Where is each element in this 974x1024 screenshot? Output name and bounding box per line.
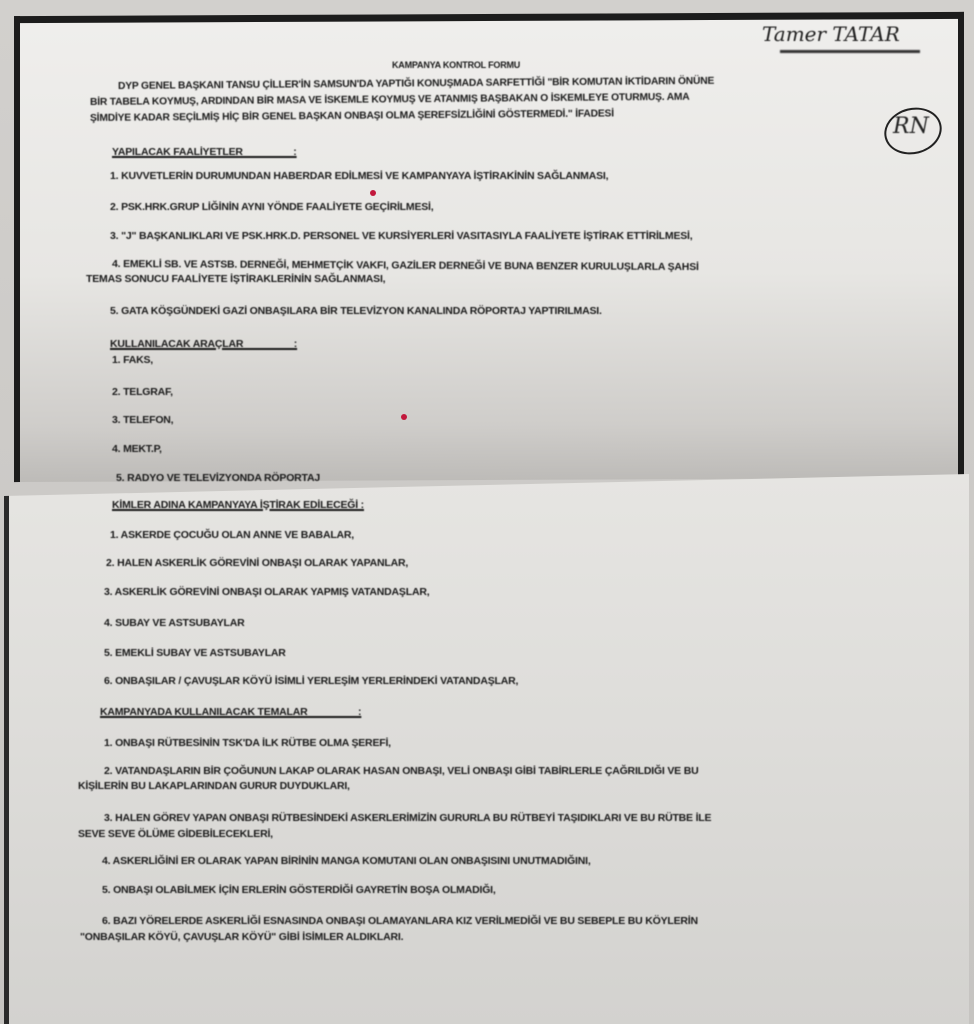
activity-item: 1. KUVVETLERİN DURUMUNDAN HABERDAR EDİLM…: [110, 170, 608, 182]
activity-item: 2. PSK.HRK.GRUP LİĞİNİN AYNI YÖNDE FAALİ…: [110, 201, 434, 213]
red-mark: [370, 190, 376, 196]
theme-item: 6. BAZI YÖRELERDE ASKERLİĞİ ESNASINDA ON…: [102, 915, 698, 927]
theme-item-continued: "ONBAŞILAR KÖYÜ, ÇAVUŞLAR KÖYÜ" GİBİ İSİ…: [80, 931, 403, 943]
document-title: KAMPANYA KONTROL FORMU: [392, 60, 520, 70]
participant-item: 2. HALEN ASKERLİK GÖREVİNİ ONBAŞI OLARAK…: [106, 557, 408, 569]
theme-item-continued: KİŞİLERİN BU LAKAPLARINDAN GURUR DUYDUKL…: [78, 780, 350, 792]
theme-item: 3. HALEN GÖREV YAPAN ONBAŞI RÜTBESİNDEKİ…: [104, 812, 711, 824]
intro-line: ŞİMDİYE KADAR SEÇİLMİŞ HİÇ BİR GENEL BAŞ…: [90, 107, 614, 124]
section-heading-tools: KULLANILACAK ARAÇLAR ________ :: [110, 338, 297, 350]
tool-item: 4. MEKT.P,: [112, 443, 162, 455]
participant-item: 1. ASKERDE ÇOCUĞU OLAN ANNE VE BABALAR,: [110, 529, 354, 541]
tool-item: 1. FAKS,: [112, 354, 153, 366]
activity-item-continued: TEMAS SONUCU FAALİYETE İŞTİRAKLERİNİN SA…: [86, 273, 385, 285]
handwritten-name: Tamer TATAR: [762, 22, 900, 46]
theme-item: 5. ONBAŞI OLABİLMEK İÇİN ERLERİN GÖSTERD…: [102, 884, 496, 896]
intro-line: DYP GENEL BAŞKANI TANSU ÇİLLER'İN SAMSUN…: [118, 75, 714, 92]
theme-item: 2. VATANDAŞLARIN BİR ÇOĞUNUN LAKAP OLARA…: [104, 765, 698, 777]
handwritten-initials: RN: [893, 114, 929, 139]
red-mark: [401, 414, 407, 420]
activity-item: 4. EMEKLİ SB. VE ASTSB. DERNEĞİ, MEHMETÇ…: [112, 258, 699, 273]
section-heading-activities: YAPILACAK FAALİYETLER ________ :: [112, 146, 297, 158]
theme-item-continued: SEVE SEVE ÖLÜME GİDEBİLECEKLERİ,: [78, 828, 273, 840]
tool-item: 5. RADYO VE TELEVİZYONDA RÖPORTAJ: [116, 472, 320, 484]
tool-item: 3. TELEFON,: [112, 414, 173, 426]
handwritten-underline: [780, 50, 920, 53]
intro-line: BİR TABELA KOYMUŞ, ARDINDAN BİR MASA VE …: [90, 91, 690, 108]
activity-item: 5. GATA KÖŞGÜNDEKİ GAZİ ONBAŞILARA BİR T…: [110, 305, 602, 317]
photo-background: Tamer TATAR RN KAMPANYA KONTROL FORMU DY…: [0, 0, 974, 1024]
participant-item: 4. SUBAY VE ASTSUBAYLAR: [104, 617, 245, 629]
participant-item: 6. ONBAŞILAR / ÇAVUŞLAR KÖYÜ İSİMLİ YERL…: [104, 675, 518, 687]
theme-item: 1. ONBAŞI RÜTBESİNİN TSK'DA İLK RÜTBE OL…: [104, 737, 391, 749]
tool-item: 2. TELGRAF,: [112, 386, 173, 398]
section-heading-participants: KİMLER ADINA KAMPANYAYA İŞTİRAK EDİLECEĞ…: [112, 499, 364, 511]
theme-item: 4. ASKERLİĞİNİ ER OLARAK YAPAN BİRİNİN M…: [102, 855, 591, 867]
participant-item: 5. EMEKLİ SUBAY VE ASTSUBAYLAR: [104, 647, 286, 659]
activity-item: 3. "J" BAŞKANLIKLARI VE PSK.HRK.D. PERSO…: [110, 230, 692, 242]
document-content: Tamer TATAR RN KAMPANYA KONTROL FORMU DY…: [0, 0, 974, 1024]
section-heading-themes: KAMPANYADA KULLANILACAK TEMALAR ________…: [100, 706, 361, 718]
participant-item: 3. ASKERLİK GÖREVİNİ ONBAŞI OLARAK YAPMI…: [104, 586, 429, 598]
